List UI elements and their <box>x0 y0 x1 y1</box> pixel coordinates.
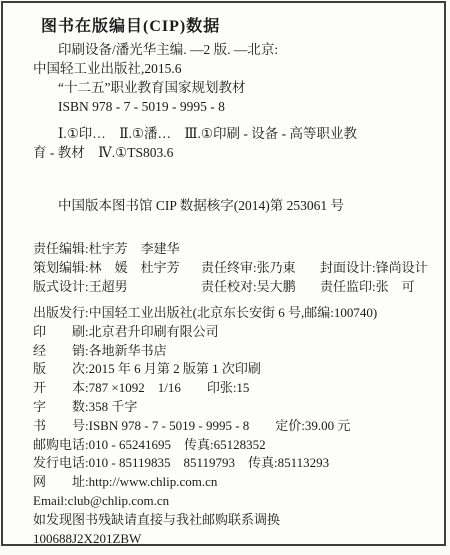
pub-label: 经 销: <box>33 343 89 358</box>
pub-row: 经 销:各地新华书店 <box>33 342 441 361</box>
staff-value: 王超男 <box>89 279 128 294</box>
staff-value: 林 媛 杜宇芳 <box>89 260 180 275</box>
pub-label: 书 号: <box>33 418 89 433</box>
staff-value: 吴大鹏 <box>257 279 296 294</box>
pub-row: 印 刷:北京君升印刷有限公司 <box>33 323 441 342</box>
cip-entry-line: 印刷设备/潘光华主编. —2 版. —北京: <box>33 40 433 59</box>
pub-value: 中国轻工业出版社(北京东长安街 6 号,邮编:100740) <box>89 305 378 320</box>
pub-label: 发行电话: <box>33 455 89 470</box>
staff-credits-block: 责任编辑:杜宇芳 李建华 策划编辑:林 媛 杜宇芳 责任终审:张乃東 封面设计:… <box>33 239 438 296</box>
pub-label: 邮购电话: <box>33 437 89 452</box>
staff-value: 杜宇芳 李建华 <box>89 241 180 256</box>
cip-title: 图书在版编目(CIP)数据 <box>41 13 220 36</box>
pub-value: ISBN 978 - 7 - 5019 - 9995 - 8 定价:39.00 … <box>89 418 351 433</box>
cip-entry-line: 中国轻工业出版社,2015.6 <box>33 59 433 78</box>
pub-value: 北京君升印刷有限公司 <box>89 324 219 339</box>
staff-label: 责任监印: <box>320 279 376 294</box>
staff-row: 责任编辑:杜宇芳 李建华 <box>33 239 438 258</box>
pub-value: club@chlip.com.cn <box>68 493 170 508</box>
cip-entry-line: ISBN 978 - 7 - 5019 - 9995 - 8 <box>33 97 433 116</box>
pub-row: 网 址:http://www.chlip.com.cn <box>33 473 441 492</box>
cip-classification-line: 育 - 教材 Ⅳ.①TS803.6 <box>33 143 433 162</box>
pub-row: 字 数:358 千字 <box>33 398 441 417</box>
pub-row: 邮购电话:010 - 65241695 传真:65128352 <box>33 436 441 455</box>
staff-row: 策划编辑:林 媛 杜宇芳 责任终审:张乃東 封面设计:锋尚设计 <box>33 258 438 277</box>
publication-info-block: 出版发行:中国轻工业出版社(北京东长安街 6 号,邮编:100740) 印 刷:… <box>33 304 441 548</box>
staff-label: 责任终审: <box>201 260 257 275</box>
cip-entry-line: “十二五”职业教育国家规划教材 <box>33 78 433 97</box>
pub-label: 版 次: <box>33 361 89 376</box>
pub-label: Email: <box>33 493 68 508</box>
staff-value: 锋尚设计 <box>376 260 428 275</box>
staff-label: 封面设计: <box>320 260 376 275</box>
pub-value: 010 - 85119835 85119793 传真:85113293 <box>89 455 330 470</box>
staff-value: 张乃東 <box>257 260 296 275</box>
staff-label: 责任编辑: <box>33 241 89 256</box>
pub-row: Email:club@chlip.com.cn <box>33 492 441 511</box>
defect-exchange-notice: 如发现图书残缺请直接与我社邮购联系调换 <box>33 511 441 530</box>
pub-row: 开 本:787 ×1092 1/16 印张:15 <box>33 379 441 398</box>
staff-value: 张 可 <box>376 279 415 294</box>
cip-classification-line: Ⅰ.①印… Ⅱ.①潘… Ⅲ.①印刷 - 设备 - 高等职业教 <box>33 124 433 143</box>
pub-label: 网 址: <box>33 474 89 489</box>
pub-value: 358 千字 <box>89 399 138 414</box>
pub-value: 010 - 65241695 传真:65128352 <box>89 437 266 452</box>
scanned-page: 图书在版编目(CIP)数据 印刷设备/潘光华主编. —2 版. —北京: 中国轻… <box>1 1 446 546</box>
pub-value: 2015 年 6 月第 2 版第 1 次印刷 <box>89 361 261 376</box>
pub-row: 出版发行:中国轻工业出版社(北京东长安街 6 号,邮编:100740) <box>33 304 441 323</box>
print-code: 100688J2X201ZBW <box>33 530 441 549</box>
pub-value: http://www.chlip.com.cn <box>89 474 218 489</box>
cip-registry-number: 中国版本图书馆 CIP 数据核字(2014)第 253061 号 <box>58 194 344 214</box>
pub-label: 印 刷: <box>33 324 89 339</box>
staff-label: 责任校对: <box>201 279 257 294</box>
staff-label: 版式设计: <box>33 279 89 294</box>
pub-label: 字 数: <box>33 399 89 414</box>
pub-row: 版 次:2015 年 6 月第 2 版第 1 次印刷 <box>33 360 441 379</box>
staff-label: 策划编辑: <box>33 260 89 275</box>
staff-row: 版式设计:王超男 责任校对:吴大鹏 责任监印:张 可 <box>33 277 438 296</box>
pub-row: 发行电话:010 - 85119835 85119793 传真:85113293 <box>33 454 441 473</box>
pub-row: 书 号:ISBN 978 - 7 - 5019 - 9995 - 8 定价:39… <box>33 417 441 436</box>
cip-entry-block: 印刷设备/潘光华主编. —2 版. —北京: 中国轻工业出版社,2015.6 “… <box>33 40 433 162</box>
pub-value: 787 ×1092 1/16 印张:15 <box>89 380 250 395</box>
pub-label: 出版发行: <box>33 305 89 320</box>
pub-value: 各地新华书店 <box>89 343 167 358</box>
pub-label: 开 本: <box>33 380 89 395</box>
